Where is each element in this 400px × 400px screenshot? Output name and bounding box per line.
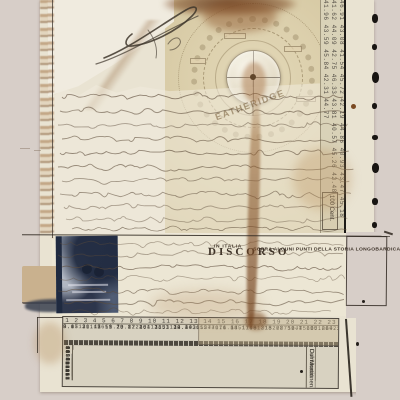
fragment-caption-line: [66, 299, 110, 301]
tape-residue-mark: [372, 72, 379, 83]
torn-edge-shading: [60, 20, 180, 110]
tape-residue-mark: [372, 222, 377, 228]
dial-scale-label: [224, 33, 246, 39]
fragment-spectacle-right: [94, 267, 104, 277]
collage-artwork: EATHERIDGE 41.15 46.02 47.38 43.91 40.16…: [0, 0, 400, 400]
table-column: 123 34 78: [63, 345, 73, 380]
dial-scale-label: [284, 46, 302, 52]
handwriting-line: [72, 226, 347, 231]
handwriting-line: [60, 191, 351, 199]
handwriting-line: [60, 150, 349, 156]
strip-bottom-label: 100 Cent.: [322, 192, 338, 230]
fragment-spectacle-left: [82, 264, 92, 274]
stain-bottom-center: [150, 290, 262, 320]
drawn-corner-line-bottom-right: [345, 319, 352, 397]
tape-residue-mark: [372, 135, 378, 140]
coffee-stain-top-right: [203, 0, 277, 32]
small-brown-dot: [351, 104, 356, 109]
torn-white-paper: [48, 0, 174, 98]
title-place: IN ITALIA: [214, 244, 242, 249]
tape-residue-mark: [372, 198, 378, 205]
drawn-table-corner-line: [37, 317, 38, 353]
lens-center-pivot: [250, 74, 256, 80]
table-header-rows: 8.4 12.1 16.3 20.2 24.4 28.1 32.3 36.2 4…: [63, 324, 338, 342]
handwritten-letter-paper-upper: [52, 82, 346, 234]
dial-chart-paper: [165, 0, 346, 233]
table-header-row: 9.05 10.12 11.19 12.26 13.33 14.40 15.47…: [63, 324, 338, 332]
handwriting-line: [66, 217, 347, 223]
handwriting-line: [58, 164, 353, 171]
drawn-table-corner-line: [37, 317, 63, 318]
handwriting-line: [60, 107, 345, 115]
handwriting-line: [62, 177, 349, 184]
drawn-line-tick: [384, 231, 393, 235]
mat-pencil-mark: [34, 150, 41, 151]
table-label-culmination: Culminationen.: [307, 347, 316, 389]
mat-cutout-bottom-right: [356, 318, 400, 400]
mat-pencil-mark: [20, 148, 30, 149]
ink-speck: [362, 300, 365, 303]
tape-residue-mark: [372, 103, 377, 109]
ink-speck: [300, 370, 303, 373]
lens-crosshair-vertical: [253, 51, 254, 104]
dial-scale-label: [190, 58, 206, 64]
fragment-caption-line: [68, 284, 108, 286]
table-body-columns: 13 102 419 87 12624 61 58115 33 746 92 1…: [63, 345, 306, 389]
ephemeris-number-table: 1 2 3 4 5 6 7 8 9 10 11 12 13 14 15 16 1…: [62, 316, 339, 389]
drawn-vertical-line: [52, 0, 53, 238]
dial-outer-circle: [178, 3, 328, 153]
dark-photo-fragment: [56, 236, 119, 314]
lens-crosshair-horizontal: [227, 77, 280, 78]
title-subtitle: SOPRA ALCUNI PUNTI DELLA STORIA LONGOBAR…: [253, 246, 400, 252]
dial-tick-ring: [191, 16, 315, 140]
strip-black-rule: [344, 0, 346, 233]
burn-stain-top: [163, 0, 297, 16]
tan-paper-fragment: [22, 266, 59, 304]
handwriting-line: [62, 136, 343, 143]
fragment-caption-line: [72, 291, 106, 293]
handwriting-line: [58, 122, 347, 129]
ink-speck: [356, 342, 359, 346]
table-right-labels: Der Monat. Culminationen.: [306, 347, 340, 389]
dial-scale-label: [296, 96, 316, 102]
mat-cutout-right: [346, 232, 400, 318]
stained-fold-edge: [40, 0, 54, 238]
handwriting-line: [64, 203, 343, 209]
tape-residue-mark: [372, 163, 379, 173]
tape-residue-mark: [372, 44, 377, 50]
tape-residue-mark: [372, 14, 378, 23]
drip-stain-center: [245, 96, 262, 328]
fragment-spine-bar: [56, 236, 63, 313]
fragment-halftone-shading: [56, 236, 119, 314]
